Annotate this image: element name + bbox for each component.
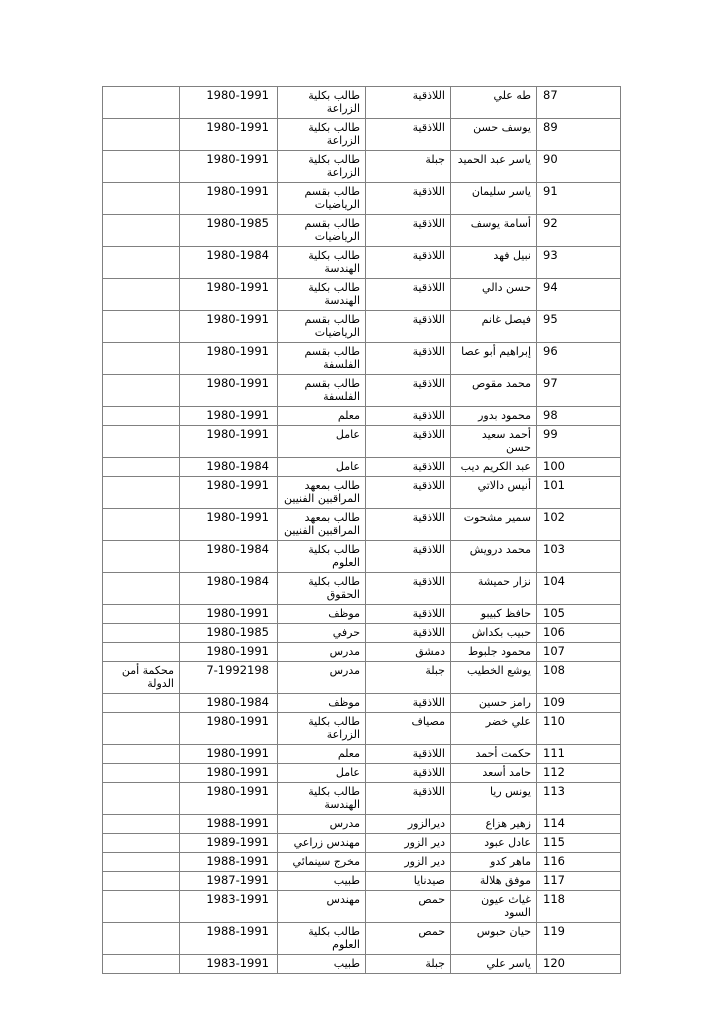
table-row: 119حيان حبوسحمصطالب بكلية العلوم1988-199… [103, 923, 621, 955]
cell-period: 1987-1991 [180, 872, 278, 891]
cell-notes [103, 815, 180, 834]
cell-notes [103, 343, 180, 375]
cell-name: فيصل غانم [451, 311, 537, 343]
cell-occupation: موظف [278, 694, 366, 713]
cell-number: 87 [537, 87, 621, 119]
cell-number: 116 [537, 853, 621, 872]
cell-notes [103, 853, 180, 872]
cell-period: 1980-1991 [180, 407, 278, 426]
cell-notes [103, 713, 180, 745]
table-row: 111حكمت أحمداللاذقيةمعلم1980-1991 [103, 745, 621, 764]
cell-city: صيدنايا [366, 872, 451, 891]
cell-city: جبلة [366, 662, 451, 694]
cell-occupation: طالب بكلية الهندسة [278, 247, 366, 279]
cell-notes [103, 509, 180, 541]
cell-period: 1980-1984 [180, 458, 278, 477]
table-row: 92أسامة يوسفاللاذقيةطالب بقسم الرياضيات1… [103, 215, 621, 247]
cell-city: اللاذقية [366, 215, 451, 247]
cell-name: ياسر علي [451, 955, 537, 974]
cell-occupation: طالب بقسم الرياضيات [278, 183, 366, 215]
cell-notes [103, 643, 180, 662]
cell-city: جبلة [366, 151, 451, 183]
table-row: 117موفق هلالةصيدناياطبيب1987-1991 [103, 872, 621, 891]
table-row: 116ماهر كدودير الزورمخرج سينمائي1988-199… [103, 853, 621, 872]
cell-number: 114 [537, 815, 621, 834]
cell-number: 105 [537, 605, 621, 624]
cell-name: ياسر عبد الحميد [451, 151, 537, 183]
cell-city: مصياف [366, 713, 451, 745]
cell-city: اللاذقية [366, 247, 451, 279]
cell-name: محمود جلبوط [451, 643, 537, 662]
cell-notes [103, 605, 180, 624]
table-row: 104نزار حميشةاللاذقيةطالب بكلية الحقوق19… [103, 573, 621, 605]
cell-occupation: مدرس [278, 662, 366, 694]
cell-notes [103, 87, 180, 119]
cell-city: اللاذقية [366, 183, 451, 215]
cell-city: حمص [366, 891, 451, 923]
cell-city: اللاذقية [366, 458, 451, 477]
cell-notes [103, 311, 180, 343]
cell-city: اللاذقية [366, 426, 451, 458]
table-row: 110علي خضرمصيافطالب بكلية الزراعة1980-19… [103, 713, 621, 745]
cell-city: دمشق [366, 643, 451, 662]
cell-notes [103, 426, 180, 458]
cell-number: 111 [537, 745, 621, 764]
table-row: 89يوسف حسناللاذقيةطالب بكلية الزراعة1980… [103, 119, 621, 151]
cell-number: 109 [537, 694, 621, 713]
table-row: 101أنيس دالاتياللاذقيةطالب بمعهد المراقب… [103, 477, 621, 509]
cell-occupation: مهندس زراعي [278, 834, 366, 853]
cell-occupation: طالب بكلية العلوم [278, 541, 366, 573]
cell-number: 108 [537, 662, 621, 694]
cell-occupation: طالب بكلية الزراعة [278, 713, 366, 745]
table-row: 108يوشع الخطيبجبلةمدرس7-1992198محكمة أمن… [103, 662, 621, 694]
table-row: 94حسن دالياللاذقيةطالب بكلية الهندسة1980… [103, 279, 621, 311]
cell-city: اللاذقية [366, 573, 451, 605]
cell-occupation: طالب بمعهد المراقبين الفنيين [278, 509, 366, 541]
cell-name: حكمت أحمد [451, 745, 537, 764]
cell-name: حبيب بكداش [451, 624, 537, 643]
cell-number: 92 [537, 215, 621, 247]
cell-period: 1980-1984 [180, 247, 278, 279]
cell-occupation: طبيب [278, 872, 366, 891]
cell-notes [103, 119, 180, 151]
cell-name: أسامة يوسف [451, 215, 537, 247]
cell-name: حسن دالي [451, 279, 537, 311]
cell-period: 1980-1991 [180, 764, 278, 783]
cell-occupation: موظف [278, 605, 366, 624]
cell-city: اللاذقية [366, 279, 451, 311]
table-row: 91ياسر سليماناللاذقيةطالب بقسم الرياضيات… [103, 183, 621, 215]
cell-period: 1983-1991 [180, 891, 278, 923]
table-row: 99أحمد سعيد حسناللاذقيةعامل1980-1991 [103, 426, 621, 458]
cell-number: 100 [537, 458, 621, 477]
cell-name: أنيس دالاتي [451, 477, 537, 509]
cell-number: 98 [537, 407, 621, 426]
cell-period: 1980-1991 [180, 311, 278, 343]
table-row: 109رامز حسيناللاذقيةموظف1980-1984 [103, 694, 621, 713]
cell-name: نبيل فهد [451, 247, 537, 279]
cell-number: 110 [537, 713, 621, 745]
cell-period: 1980-1991 [180, 151, 278, 183]
table-row: 97محمد مقوصاللاذقيةطالب بقسم الفلسفة1980… [103, 375, 621, 407]
cell-period: 1980-1991 [180, 783, 278, 815]
cell-period: 1980-1991 [180, 87, 278, 119]
cell-occupation: مهندس [278, 891, 366, 923]
cell-period: 1980-1991 [180, 643, 278, 662]
cell-number: 95 [537, 311, 621, 343]
cell-name: إبراهيم أبو عصا [451, 343, 537, 375]
table-row: 106حبيب بكداشاللاذقيةحرفي1980-1985 [103, 624, 621, 643]
cell-notes [103, 183, 180, 215]
cell-name: محمد درويش [451, 541, 537, 573]
cell-period: 1989-1991 [180, 834, 278, 853]
cell-name: رامز حسين [451, 694, 537, 713]
cell-notes [103, 458, 180, 477]
cell-number: 106 [537, 624, 621, 643]
table-row: 115عادل عبوددير الزورمهندس زراعي1989-199… [103, 834, 621, 853]
cell-city: ديرالزور [366, 815, 451, 834]
cell-name: طه علي [451, 87, 537, 119]
cell-name: عادل عبود [451, 834, 537, 853]
table-row: 113يونس ريااللاذقيةطالب بكلية الهندسة198… [103, 783, 621, 815]
cell-notes [103, 215, 180, 247]
cell-occupation: معلم [278, 745, 366, 764]
cell-occupation: طالب بكلية الهندسة [278, 783, 366, 815]
table-row: 118غياث عيون السودحمصمهندس1983-1991 [103, 891, 621, 923]
cell-name: حافظ كبيبو [451, 605, 537, 624]
cell-number: 120 [537, 955, 621, 974]
cell-notes [103, 923, 180, 955]
records-table: 87طه علياللاذقيةطالب بكلية الزراعة1980-1… [102, 86, 621, 974]
cell-notes [103, 891, 180, 923]
cell-period: 1980-1985 [180, 215, 278, 247]
cell-city: دير الزور [366, 834, 451, 853]
cell-notes: محكمة أمن الدولة [103, 662, 180, 694]
cell-notes [103, 694, 180, 713]
cell-notes [103, 477, 180, 509]
cell-name: علي خضر [451, 713, 537, 745]
cell-occupation: طالب بكلية العلوم [278, 923, 366, 955]
cell-name: حيان حبوس [451, 923, 537, 955]
table-row: 87طه علياللاذقيةطالب بكلية الزراعة1980-1… [103, 87, 621, 119]
cell-city: جبلة [366, 955, 451, 974]
cell-number: 107 [537, 643, 621, 662]
cell-city: دير الزور [366, 853, 451, 872]
cell-notes [103, 247, 180, 279]
cell-number: 99 [537, 426, 621, 458]
cell-occupation: طالب بكلية الحقوق [278, 573, 366, 605]
cell-period: 1980-1984 [180, 573, 278, 605]
table-row: 114زهير هزاعديرالزورمدرس1988-1991 [103, 815, 621, 834]
cell-number: 97 [537, 375, 621, 407]
cell-period: 1980-1991 [180, 509, 278, 541]
cell-number: 90 [537, 151, 621, 183]
cell-city: اللاذقية [366, 477, 451, 509]
cell-name: زهير هزاع [451, 815, 537, 834]
cell-notes [103, 764, 180, 783]
cell-number: 113 [537, 783, 621, 815]
cell-period: 1980-1991 [180, 713, 278, 745]
table-row: 90ياسر عبد الحميدجبلةطالب بكلية الزراعة1… [103, 151, 621, 183]
cell-period: 1988-1991 [180, 853, 278, 872]
cell-occupation: مدرس [278, 643, 366, 662]
cell-period: 1980-1991 [180, 183, 278, 215]
table-row: 98محمود بدوراللاذقيةمعلم1980-1991 [103, 407, 621, 426]
cell-period: 1980-1991 [180, 375, 278, 407]
cell-city: اللاذقية [366, 119, 451, 151]
table-row: 100عبد الكريم ديباللاذقيةعامل1980-1984 [103, 458, 621, 477]
cell-city: اللاذقية [366, 605, 451, 624]
cell-period: 1980-1984 [180, 541, 278, 573]
cell-city: اللاذقية [366, 764, 451, 783]
cell-occupation: طالب بمعهد المراقبين الفنيين [278, 477, 366, 509]
cell-number: 89 [537, 119, 621, 151]
cell-occupation: طالب بقسم الرياضيات [278, 215, 366, 247]
cell-occupation: طالب بكلية الزراعة [278, 119, 366, 151]
cell-occupation: طالب بكلية الهندسة [278, 279, 366, 311]
document-page: 87طه علياللاذقيةطالب بكلية الزراعة1980-1… [0, 0, 724, 1023]
cell-period: 1988-1991 [180, 923, 278, 955]
cell-city: اللاذقية [366, 375, 451, 407]
cell-city: اللاذقية [366, 783, 451, 815]
cell-occupation: عامل [278, 426, 366, 458]
cell-name: أحمد سعيد حسن [451, 426, 537, 458]
cell-occupation: مخرج سينمائي [278, 853, 366, 872]
cell-notes [103, 375, 180, 407]
cell-occupation: حرفي [278, 624, 366, 643]
cell-notes [103, 955, 180, 974]
cell-period: 1980-1991 [180, 279, 278, 311]
cell-number: 93 [537, 247, 621, 279]
records-table-body: 87طه علياللاذقيةطالب بكلية الزراعة1980-1… [103, 87, 621, 974]
cell-period: 1988-1991 [180, 815, 278, 834]
cell-number: 104 [537, 573, 621, 605]
table-row: 95فيصل غانماللاذقيةطالب بقسم الرياضيات19… [103, 311, 621, 343]
cell-name: حامد أسعد [451, 764, 537, 783]
cell-number: 94 [537, 279, 621, 311]
cell-notes [103, 745, 180, 764]
cell-notes [103, 573, 180, 605]
cell-notes [103, 541, 180, 573]
cell-number: 118 [537, 891, 621, 923]
cell-period: 1980-1991 [180, 745, 278, 764]
cell-name: محمد مقوص [451, 375, 537, 407]
cell-name: ماهر كدو [451, 853, 537, 872]
cell-city: اللاذقية [366, 624, 451, 643]
table-row: 107محمود جلبوطدمشقمدرس1980-1991 [103, 643, 621, 662]
cell-number: 112 [537, 764, 621, 783]
cell-name: يونس ريا [451, 783, 537, 815]
cell-period: 7-1992198 [180, 662, 278, 694]
cell-number: 96 [537, 343, 621, 375]
cell-period: 1980-1991 [180, 343, 278, 375]
cell-period: 1983-1991 [180, 955, 278, 974]
cell-city: حمص [366, 923, 451, 955]
table-row: 103محمد درويشاللاذقيةطالب بكلية العلوم19… [103, 541, 621, 573]
cell-name: ياسر سليمان [451, 183, 537, 215]
cell-notes [103, 834, 180, 853]
table-row: 120ياسر عليجبلةطبيب1983-1991 [103, 955, 621, 974]
cell-city: اللاذقية [366, 541, 451, 573]
cell-occupation: طالب بقسم الفلسفة [278, 375, 366, 407]
cell-occupation: طالب بقسم الرياضيات [278, 311, 366, 343]
cell-number: 117 [537, 872, 621, 891]
cell-occupation: طالب بكلية الزراعة [278, 87, 366, 119]
cell-occupation: معلم [278, 407, 366, 426]
cell-name: عبد الكريم ديب [451, 458, 537, 477]
cell-period: 1980-1985 [180, 624, 278, 643]
table-row: 105حافظ كبيبواللاذقيةموظف1980-1991 [103, 605, 621, 624]
cell-name: محمود بدور [451, 407, 537, 426]
cell-period: 1980-1984 [180, 694, 278, 713]
cell-period: 1980-1991 [180, 426, 278, 458]
cell-occupation: طالب بقسم الفلسفة [278, 343, 366, 375]
cell-period: 1980-1991 [180, 477, 278, 509]
cell-occupation: طالب بكلية الزراعة [278, 151, 366, 183]
cell-name: غياث عيون السود [451, 891, 537, 923]
table-row: 112حامد أسعداللاذقيةعامل1980-1991 [103, 764, 621, 783]
cell-notes [103, 151, 180, 183]
cell-notes [103, 407, 180, 426]
cell-name: سمير مشحوت [451, 509, 537, 541]
cell-city: اللاذقية [366, 343, 451, 375]
cell-city: اللاذقية [366, 311, 451, 343]
cell-name: يوشع الخطيب [451, 662, 537, 694]
table-row: 96إبراهيم أبو عصااللاذقيةطالب بقسم الفلس… [103, 343, 621, 375]
cell-occupation: طبيب [278, 955, 366, 974]
cell-occupation: مدرس [278, 815, 366, 834]
cell-number: 119 [537, 923, 621, 955]
cell-period: 1980-1991 [180, 605, 278, 624]
cell-notes [103, 279, 180, 311]
cell-number: 103 [537, 541, 621, 573]
cell-number: 115 [537, 834, 621, 853]
cell-city: اللاذقية [366, 694, 451, 713]
table-row: 102سمير مشحوتاللاذقيةطالب بمعهد المراقبي… [103, 509, 621, 541]
cell-occupation: عامل [278, 458, 366, 477]
cell-city: اللاذقية [366, 509, 451, 541]
cell-occupation: عامل [278, 764, 366, 783]
cell-period: 1980-1991 [180, 119, 278, 151]
cell-notes [103, 783, 180, 815]
cell-number: 102 [537, 509, 621, 541]
cell-city: اللاذقية [366, 407, 451, 426]
cell-number: 91 [537, 183, 621, 215]
table-row: 93نبيل فهداللاذقيةطالب بكلية الهندسة1980… [103, 247, 621, 279]
cell-notes [103, 624, 180, 643]
cell-name: نزار حميشة [451, 573, 537, 605]
cell-name: يوسف حسن [451, 119, 537, 151]
cell-name: موفق هلالة [451, 872, 537, 891]
cell-city: اللاذقية [366, 87, 451, 119]
cell-notes [103, 872, 180, 891]
cell-city: اللاذقية [366, 745, 451, 764]
cell-number: 101 [537, 477, 621, 509]
